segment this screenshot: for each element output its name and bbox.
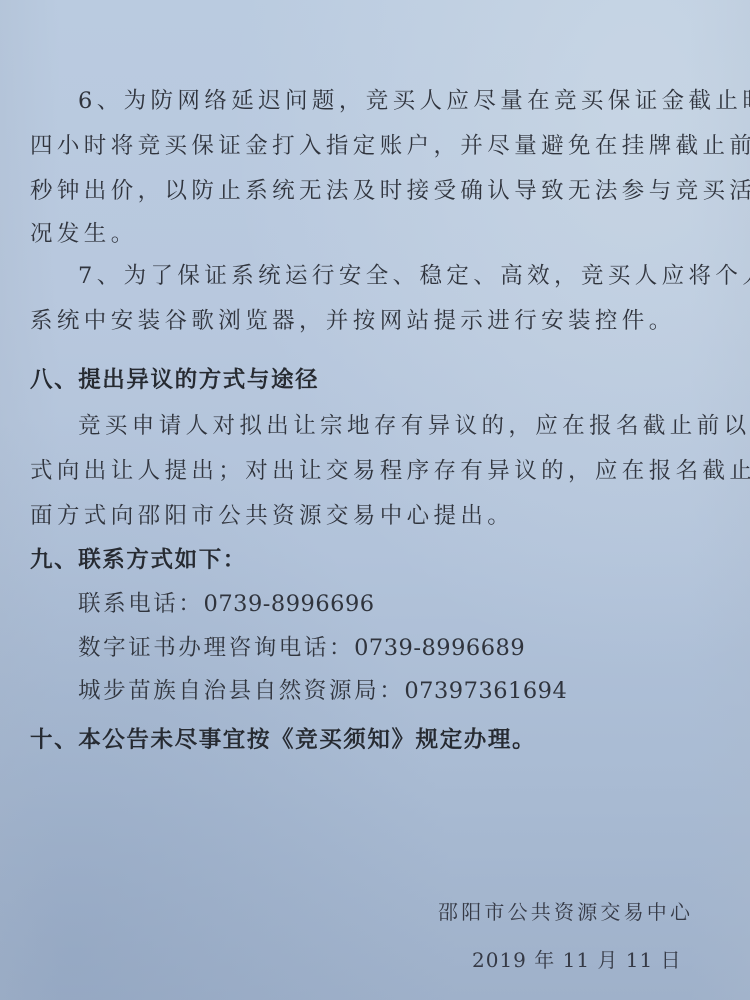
contact-bureau-label: 城步苗族自治县自然资源局： (78, 678, 404, 704)
contact-bureau-value: 07397361694 (404, 678, 567, 704)
item-6-line-1: 6、为防网络延迟问题，竞买人应尽量在竞买保证金截止时限前 (78, 86, 750, 116)
contact-phone-value: 0739-8996696 (204, 591, 375, 617)
section-8-line-2: 式向出让人提出；对出让交易程序存有异议的，应在报名截止前以书 (30, 456, 730, 486)
item-7-line-1: 7、为了保证系统运行安全、稳定、高效，竞买人应将个人电脑 (78, 261, 750, 291)
contact-phone-label: 联系电话： (78, 591, 204, 617)
section-8-line-3: 面方式向邵阳市公共资源交易中心提出。 (30, 501, 730, 531)
section-9-heading: 九、联系方式如下： (30, 545, 730, 575)
signature-organization: 邵阳市公共资源交易中心 (438, 898, 693, 926)
item-6-line-4: 况发生。 (30, 219, 730, 249)
contact-resources-bureau: 城步苗族自治县自然资源局：07397361694 (78, 676, 750, 706)
contact-phone: 联系电话：0739-8996696 (78, 589, 750, 619)
contact-certificate-value: 0739-8996689 (354, 635, 525, 661)
signature-date: 2019 年 11 月 11 日 (472, 946, 682, 974)
section-8-line-1: 竞买申请人对拟出让宗地存有异议的，应在报名截止前以书面方 (78, 411, 750, 441)
item-6-line-2: 四小时将竞买保证金打入指定账户，并尽量避免在挂牌截止前最后几 (30, 131, 730, 161)
section-10-heading: 十、本公告未尽事宜按《竞买须知》规定办理。 (30, 725, 730, 755)
item-7-line-2: 系统中安装谷歌浏览器，并按网站提示进行安装控件。 (30, 306, 730, 336)
item-6-line-3: 秒钟出价，以防止系统无法及时接受确认导致无法参与竞买活动的情 (30, 176, 730, 206)
contact-certificate-label: 数字证书办理咨询电话： (78, 635, 354, 661)
section-8-heading: 八、提出异议的方式与途径 (30, 365, 730, 395)
contact-certificate-phone: 数字证书办理咨询电话：0739-8996689 (78, 633, 750, 663)
